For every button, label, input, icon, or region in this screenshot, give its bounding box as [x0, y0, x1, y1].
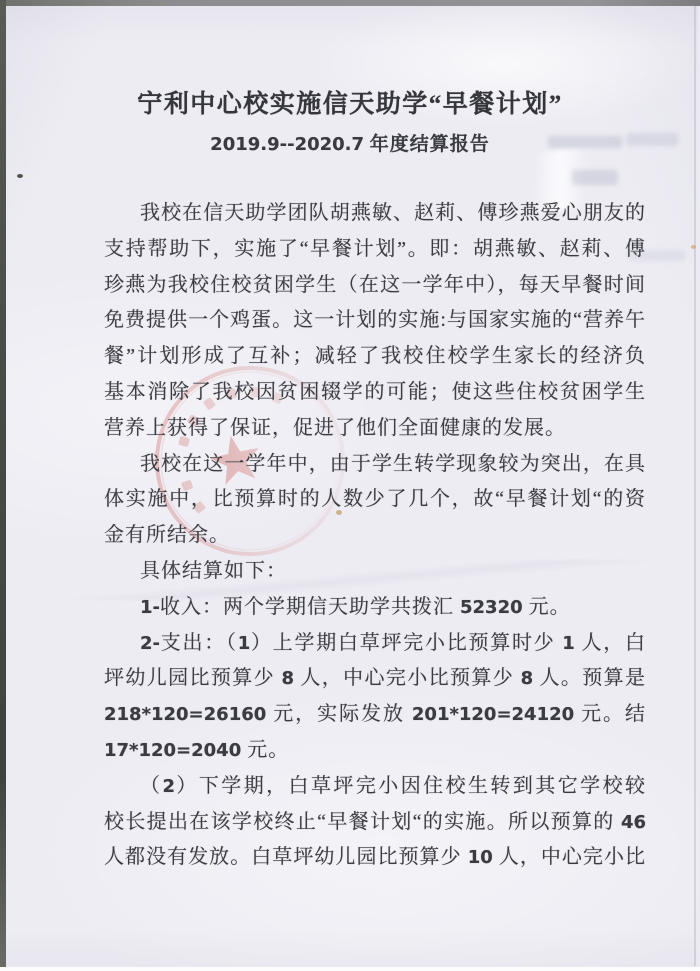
ink-speck: [17, 174, 23, 178]
text-line: 支持帮助下，实施了“早餐计划”。即：胡燕敏、赵莉、傅: [104, 232, 646, 268]
scan-edge-left: [0, 0, 6, 971]
text-line: 我校在信天助学团队胡燕敏、赵莉、傅珍燕爱心朋友的: [104, 196, 646, 232]
text-line: 校长提出在该学校终止“早餐计划“的实施。所以预算的 46: [104, 805, 646, 841]
text-line: 具体结算如下：: [104, 554, 646, 590]
text-line: 金有所结余。: [104, 518, 646, 554]
text-line: 17*120=2040 元。: [104, 733, 646, 769]
scan-edge-bottom: [0, 967, 700, 971]
text-line: 2-支出：（1）上学期白草坪完小比预算时少 1 人，白草: [104, 626, 646, 662]
text-line: 1-收入：两个学期信天助学共拨汇 52320 元。: [104, 590, 646, 626]
text-line: （2）下学期，白草坪完小因住校生转到其它学校较多。: [104, 769, 646, 805]
document-subtitle: 2019.9--2020.7 年度结算报告: [30, 129, 670, 156]
scan-edge-right: [694, 6, 696, 966]
document-body: 我校在信天助学团队胡燕敏、赵莉、傅珍燕爱心朋友的支持帮助下，实施了“早餐计划”。…: [104, 196, 646, 876]
text-line: 基本消除了我校因贫困辍学的可能；使这些住校贫困学生在: [104, 375, 646, 411]
text-line: 218*120=26160 元，实际发放 201*120=24120 元。结余: [104, 697, 646, 733]
text-line: 人都没有发放。白草坪幼儿园比预算少 10 人，中心完小比: [104, 840, 646, 876]
scanned-document-page: 宁利中心校实施信天助学“早餐计划” 2019.9--2020.7 年度结算报告 …: [0, 0, 700, 971]
text-line: 坪幼儿园比预算少 8 人，中心完小比预算少 8 人。预算是: [104, 661, 646, 697]
text-line: 珍燕为我校住校贫困学生（在这一学年中），每天早餐时间: [104, 268, 646, 304]
text-line: 营养上获得了保证，促进了他们全面健康的发展。: [104, 411, 646, 447]
text-line: 我校在这一学年中，由于学生转学现象较为突出，在具: [104, 447, 646, 483]
text-line: 体实施中，比预算时的人数少了几个，故“早餐计划“的资: [104, 482, 646, 518]
scan-edge-top: [0, 0, 700, 6]
text-line: 免费提供一个鸡蛋。这一计划的实施:与国家实施的“营养午: [104, 303, 646, 339]
document-title: 宁利中心校实施信天助学“早餐计划”: [30, 84, 670, 120]
bleed-through-artifact: [572, 170, 618, 185]
text-line: 餐”计划形成了互补；减轻了我校住校学生家长的经济负担；: [104, 339, 646, 375]
